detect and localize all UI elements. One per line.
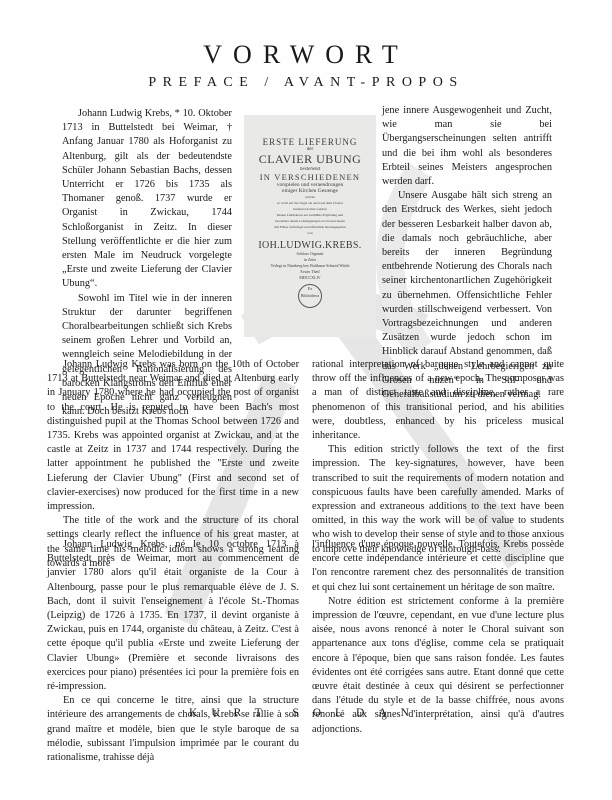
facsimile-line: CLAVIER UBUNG <box>244 152 376 167</box>
facsimile-line: IN VERSCHIEDENEN <box>244 172 376 182</box>
french-text-left: Johann Ludwig Krebs, né le 10 octobre 17… <box>47 538 299 765</box>
title-page-facsimile: ERSTE LIEFERUNG der CLAVIER UBUNG besteh… <box>244 115 376 337</box>
paragraph: Johann Ludwig Krebs, * 10. Oktober 1713 … <box>62 107 232 292</box>
page-subtitle: PREFACE / AVANT-PROPOS <box>0 75 612 91</box>
facsimile-line: von <box>244 230 376 236</box>
facsimile-line: ERSTE LIEFERUNG <box>244 137 376 147</box>
paragraph: jene innere Ausgewogenheit und Zucht, wi… <box>382 104 552 189</box>
paragraph: Johann Ludwig Krebs was born on the 10th… <box>47 358 299 514</box>
paragraph: l'influence d'une époque nouvelle. Toute… <box>312 538 564 595</box>
author-signature: KURT SOLDAN <box>0 707 612 719</box>
english-text-right: rational interpretation of baroque style… <box>312 358 564 557</box>
library-seal-icon: Ex Bibliotheca <box>298 284 322 308</box>
paragraph: rational interpretation of baroque style… <box>312 358 564 443</box>
page-title: VORWORT <box>0 40 612 70</box>
facsimile-line: MDCCXLIV <box>244 275 376 281</box>
paragraph: En ce qui concerne le titre, ainsi que l… <box>47 694 299 765</box>
paragraph: Johann Ludwig Krebs, né le 10 octobre 17… <box>47 538 299 694</box>
document-page: VORWORT PREFACE / AVANT-PROPOS Johann Lu… <box>0 0 612 800</box>
facsimile-line: IOH.LUDWIG.KREBS. <box>244 240 376 251</box>
